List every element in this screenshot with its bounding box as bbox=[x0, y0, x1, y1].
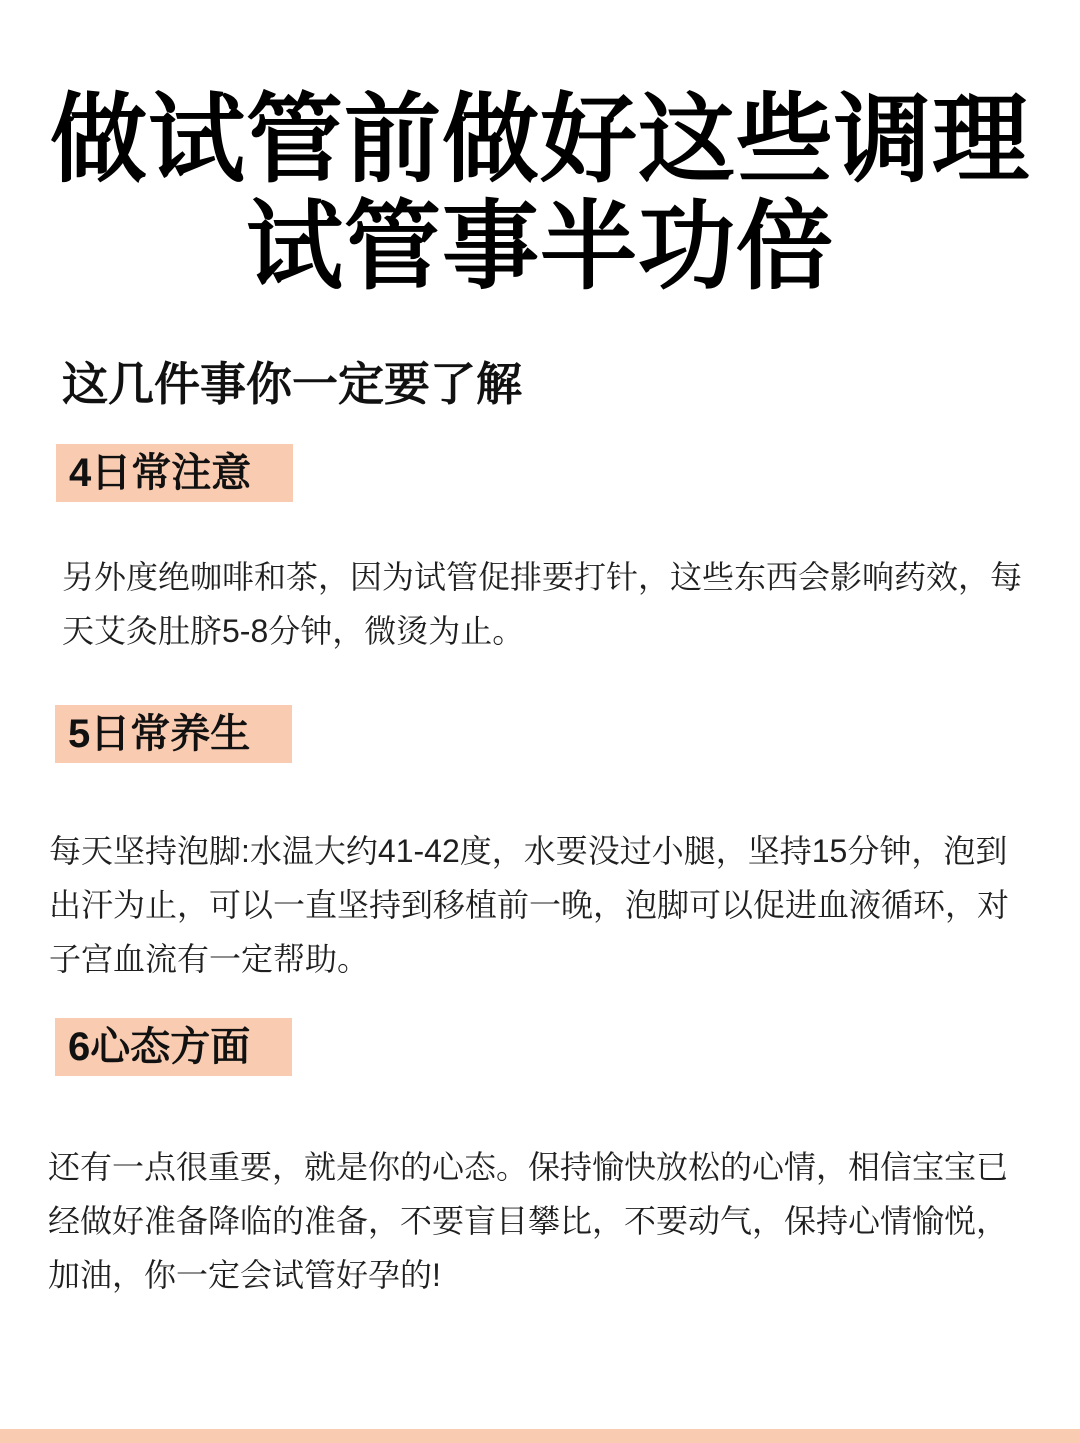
section-tag-mindset: 6心态方面 bbox=[55, 1018, 292, 1076]
page-title: 做试管前做好这些调理试管事半功倍 bbox=[0, 86, 1080, 300]
page-title-line2: 试管事半功倍 bbox=[246, 192, 834, 301]
page-title-line1: 做试管前做好这些调理 bbox=[50, 85, 1030, 194]
section-tag-daily-care: 4日常注意 bbox=[56, 444, 293, 502]
footer-accent-bar bbox=[0, 1429, 1080, 1443]
page-subtitle: 这几件事你一定要了解 bbox=[62, 358, 522, 410]
section-body-daily-wellness: 每天坚持泡脚:水温大约41-42度，水要没过小腿，坚持15分钟，泡到 出汗为止，… bbox=[49, 824, 1009, 986]
section-body-mindset: 还有一点很重要，就是你的心态。保持愉快放松的心情，相信宝宝已 经做好准备降临的准… bbox=[48, 1140, 1008, 1302]
infographic-page: 做试管前做好这些调理试管事半功倍 这几件事你一定要了解 4日常注意 另外度绝咖啡… bbox=[0, 0, 1080, 1443]
section-body-daily-care: 另外度绝咖啡和茶，因为试管促排要打针，这些东西会影响药效，每 天艾灸肚脐5-8分… bbox=[62, 550, 1022, 658]
section-tag-daily-wellness: 5日常养生 bbox=[55, 705, 292, 763]
